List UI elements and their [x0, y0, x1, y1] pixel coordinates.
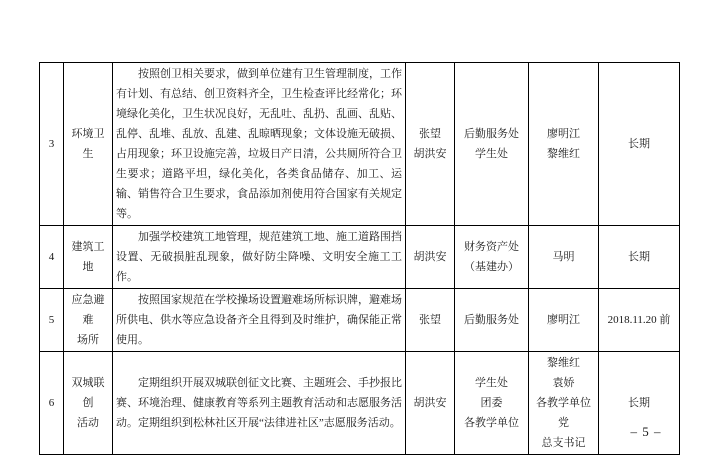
- row-department: 后勤服务处 学生处: [455, 63, 529, 226]
- row-department: 学生处 团委 各教学单位: [455, 352, 529, 455]
- row-deadline: 2018.11.20 前: [599, 289, 680, 352]
- row-category: 双城联创 活动: [64, 352, 113, 455]
- row-leader: 胡洪安: [406, 352, 455, 455]
- row-measures: 定期组织开展双城联创征文比赛、主题班会、手抄报比赛、环境治理、健康教育等系列主题…: [113, 352, 406, 455]
- work-assignment-table: 3 环境卫生 按照创卫相关要求，做到单位建有卫生管理制度，工作有计划、有总结、创…: [39, 62, 680, 455]
- row-seq: 6: [40, 352, 64, 455]
- measures-text: 加强学校建筑工地管理，规范建筑工地、施工道路围挡设置、无破损脏乱现象，做好防尘降…: [116, 227, 402, 287]
- row-deadline: 长期: [599, 226, 680, 289]
- row-leader: 张望: [406, 289, 455, 352]
- row-responsible: 黎维红 袁娇 各教学单位党 总支书记: [529, 352, 599, 455]
- row-leader: 胡洪安: [406, 226, 455, 289]
- row-category: 环境卫生: [64, 63, 113, 226]
- row-seq: 4: [40, 226, 64, 289]
- row-responsible: 廖明江 黎维红: [529, 63, 599, 226]
- table-row: 4 建筑工地 加强学校建筑工地管理，规范建筑工地、施工道路围挡设置、无破损脏乱现…: [40, 226, 680, 289]
- document-page: 3 环境卫生 按照创卫相关要求，做到单位建有卫生管理制度，工作有计划、有总结、创…: [0, 0, 722, 464]
- row-seq: 5: [40, 289, 64, 352]
- measures-text: 定期组织开展双城联创征文比赛、主题班会、手抄报比赛、环境治理、健康教育等系列主题…: [116, 373, 402, 433]
- table-row: 5 应急避难 场所 按照国家规范在学校操场设置避难场所标识牌，避难场所供电、供水…: [40, 289, 680, 352]
- row-department: 财务资产处 （基建办）: [455, 226, 529, 289]
- row-seq: 3: [40, 63, 64, 226]
- row-measures: 加强学校建筑工地管理，规范建筑工地、施工道路围挡设置、无破损脏乱现象，做好防尘降…: [113, 226, 406, 289]
- table-row: 6 双城联创 活动 定期组织开展双城联创征文比赛、主题班会、手抄报比赛、环境治理…: [40, 352, 680, 455]
- page-number: – 5 –: [608, 424, 684, 440]
- row-measures: 按照国家规范在学校操场设置避难场所标识牌，避难场所供电、供水等应急设备齐全且得到…: [113, 289, 406, 352]
- row-measures: 按照创卫相关要求，做到单位建有卫生管理制度，工作有计划、有总结、创卫资料齐全，卫…: [113, 63, 406, 226]
- row-responsible: 马明: [529, 226, 599, 289]
- row-deadline: 长期: [599, 63, 680, 226]
- row-category: 应急避难 场所: [64, 289, 113, 352]
- row-department: 后勤服务处: [455, 289, 529, 352]
- row-leader: 张望 胡洪安: [406, 63, 455, 226]
- row-responsible: 廖明江: [529, 289, 599, 352]
- measures-text: 按照国家规范在学校操场设置避难场所标识牌，避难场所供电、供水等应急设备齐全且得到…: [116, 290, 402, 350]
- measures-text: 按照创卫相关要求，做到单位建有卫生管理制度，工作有计划、有总结、创卫资料齐全，卫…: [116, 64, 402, 224]
- row-category: 建筑工地: [64, 226, 113, 289]
- table-row: 3 环境卫生 按照创卫相关要求，做到单位建有卫生管理制度，工作有计划、有总结、创…: [40, 63, 680, 226]
